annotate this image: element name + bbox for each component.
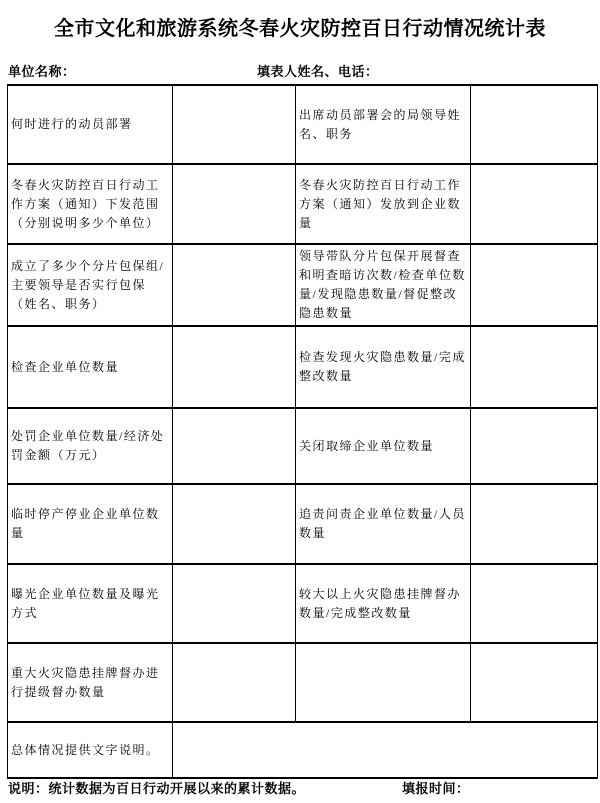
right-value-cell[interactable] bbox=[471, 326, 598, 408]
table-row: 处罚企业单位数量/经济处罚金额（万元） 关闭取缔企业单位数量 bbox=[8, 408, 598, 484]
left-value-cell[interactable] bbox=[173, 326, 296, 408]
right-value-cell[interactable] bbox=[471, 408, 598, 484]
left-label-cell: 重大火灾隐患挂牌督办进行提级督办数量 bbox=[8, 643, 173, 722]
footer-note: 说明：统计数据为百日行动开展以来的累计数据。 bbox=[8, 778, 305, 797]
left-label-cell: 处罚企业单位数量/经济处罚金额（万元） bbox=[8, 408, 173, 484]
table-row: 临时停产停业企业单位数量 追责问责企业单位数量/人员数量 bbox=[8, 484, 598, 564]
right-label-cell bbox=[296, 643, 471, 722]
right-label-cell: 领导带队分片包保开展督查和明查暗访次数/检查单位数量/发现隐患数量/督促整改隐患… bbox=[296, 244, 471, 326]
right-value-cell[interactable] bbox=[471, 164, 598, 244]
right-label-cell: 较大以上火灾隐患挂牌督办数量/完成整改数量 bbox=[296, 564, 471, 643]
table-row: 冬春火灾防控百日行动工作方案（通知）下发范围（分别说明多少个单位） 冬春火灾防控… bbox=[8, 164, 598, 244]
left-label-cell: 检查企业单位数量 bbox=[8, 326, 173, 408]
summary-label-cell: 总体情况提供文字说明。 bbox=[8, 722, 173, 778]
right-value-cell[interactable] bbox=[471, 643, 598, 722]
right-value-cell[interactable] bbox=[471, 484, 598, 564]
right-value-cell[interactable] bbox=[471, 85, 598, 164]
page-title: 全市文化和旅游系统冬春火灾防控百日行动情况统计表 bbox=[0, 0, 600, 41]
right-label-cell: 冬春火灾防控百日行动工作方案（通知）发放到企业数量 bbox=[296, 164, 471, 244]
right-label-cell: 出席动员部署会的局领导姓名、职务 bbox=[296, 85, 471, 164]
table-row: 何时进行的动员部署 出席动员部署会的局领导姓名、职务 bbox=[8, 85, 598, 164]
left-value-cell[interactable] bbox=[173, 408, 296, 484]
meta-row: 单位名称： 填表人姓名、电话： bbox=[0, 61, 600, 79]
left-value-cell[interactable] bbox=[173, 484, 296, 564]
table-row: 重大火灾隐患挂牌督办进行提级督办数量 bbox=[8, 643, 598, 722]
left-label-cell: 临时停产停业企业单位数量 bbox=[8, 484, 173, 564]
left-value-cell[interactable] bbox=[173, 564, 296, 643]
left-value-cell[interactable] bbox=[173, 643, 296, 722]
statistics-table: 何时进行的动员部署 出席动员部署会的局领导姓名、职务 冬春火灾防控百日行动工作方… bbox=[7, 84, 598, 779]
right-value-cell[interactable] bbox=[471, 564, 598, 643]
right-label-cell: 检查发现火灾隐患数量/完成整改数量 bbox=[296, 326, 471, 408]
document-page: { "title": "全市文化和旅游系统冬春火灾防控百日行动情况统计表", "… bbox=[0, 0, 600, 803]
table-row: 成立了多少个分片包保组/主要领导是否实行包保（姓名、职务） 领导带队分片包保开展… bbox=[8, 244, 598, 326]
left-label-cell: 冬春火灾防控百日行动工作方案（通知）下发范围（分别说明多少个单位） bbox=[8, 164, 173, 244]
table-row: 检查企业单位数量 检查发现火灾隐患数量/完成整改数量 bbox=[8, 326, 598, 408]
left-label-cell: 何时进行的动员部署 bbox=[8, 85, 173, 164]
left-value-cell[interactable] bbox=[173, 164, 296, 244]
summary-value-cell[interactable] bbox=[173, 722, 598, 778]
summary-row: 总体情况提供文字说明。 bbox=[8, 722, 598, 778]
table-row: 曝光企业单位数量及曝光方式 较大以上火灾隐患挂牌督办数量/完成整改数量 bbox=[8, 564, 598, 643]
right-label-cell: 关闭取缔企业单位数量 bbox=[296, 408, 471, 484]
footer-row: 说明：统计数据为百日行动开展以来的累计数据。 填报时间： bbox=[0, 778, 600, 796]
left-value-cell[interactable] bbox=[173, 85, 296, 164]
left-label-cell: 成立了多少个分片包保组/主要领导是否实行包保（姓名、职务） bbox=[8, 244, 173, 326]
unit-name-label: 单位名称： bbox=[8, 61, 76, 80]
right-value-cell[interactable] bbox=[471, 244, 598, 326]
left-label-cell: 曝光企业单位数量及曝光方式 bbox=[8, 564, 173, 643]
report-time-label: 填报时间： bbox=[402, 778, 470, 797]
right-label-cell: 追责问责企业单位数量/人员数量 bbox=[296, 484, 471, 564]
filler-name-phone-label: 填表人姓名、电话： bbox=[257, 61, 379, 80]
left-value-cell[interactable] bbox=[173, 244, 296, 326]
